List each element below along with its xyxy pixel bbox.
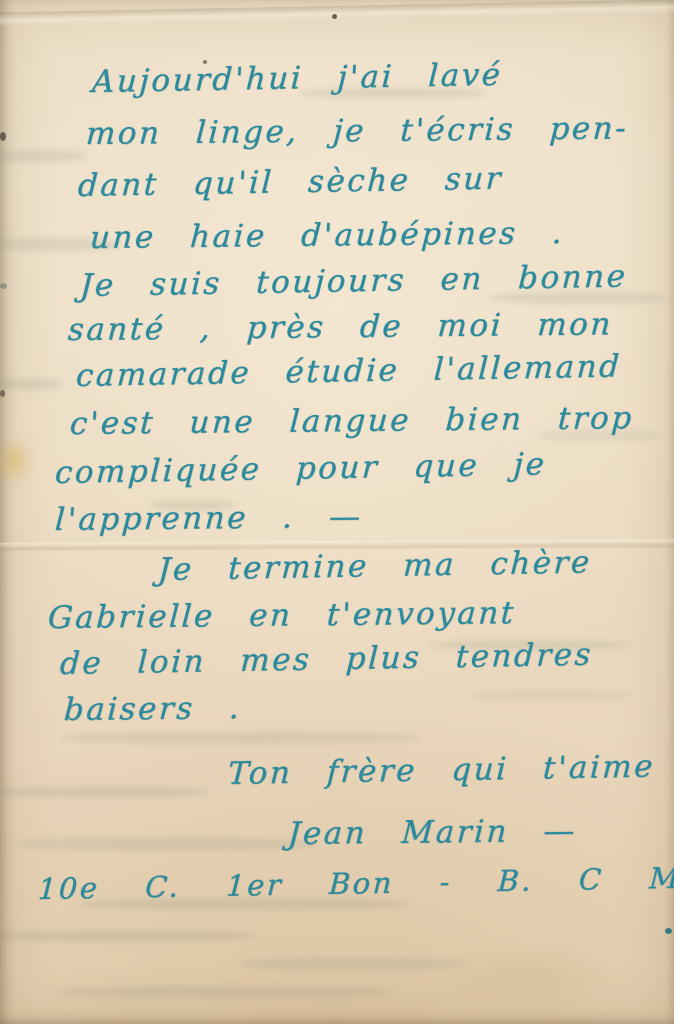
letter-line: baisers . <box>63 690 243 728</box>
letter-line: Je suis toujours en bonne <box>79 258 628 304</box>
letter-line: c'est une langue bien trop <box>69 400 635 442</box>
letter-unit-address: 10e C. 1er Bon - B. C M - Paris <box>37 857 674 906</box>
letter-page: Aujourd'hui j'ai lavé mon linge, je t'éc… <box>0 0 674 1024</box>
letter-line: de loin mes plus tendres <box>59 637 594 682</box>
letter-signature: Jean Marin — <box>287 813 578 852</box>
letter-line: une haie d'aubépines . <box>89 215 566 256</box>
letter-line: santé , près de moi mon <box>67 306 614 348</box>
letter-body: Aujourd'hui j'ai lavé mon linge, je t'éc… <box>0 0 674 1024</box>
letter-line: camarade étudie l'allemand <box>75 348 622 394</box>
letter-line: Gabrielle en t'envoyant <box>47 595 517 636</box>
letter-line: mon linge, je t'écris pen- <box>85 110 629 152</box>
letter-line: dant qu'il sèche sur <box>77 161 504 204</box>
letter-line: l'apprenne . — <box>54 499 364 538</box>
letter-line: Aujourd'hui j'ai lavé <box>91 57 503 100</box>
letter-closing-line: Ton frère qui t'aime <box>227 749 656 792</box>
letter-line: compliquée pour que je <box>54 446 547 491</box>
letter-line: Je termine ma chère <box>157 544 593 588</box>
